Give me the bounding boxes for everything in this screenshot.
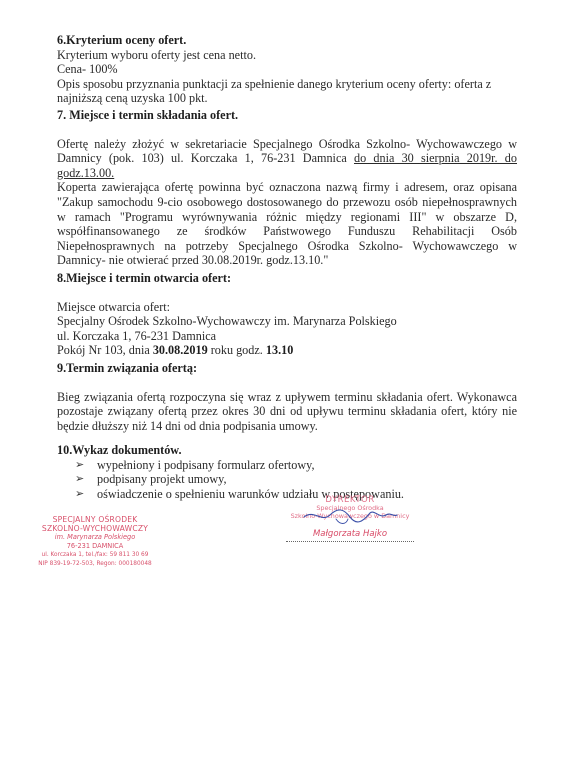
director-subtitle: Szkolno-Wychowawczego w Damnicy	[285, 513, 415, 521]
stamp-line: 76-231 DAMNICA	[30, 542, 160, 551]
stamp-line: SPECJALNY OŚRODEK	[30, 515, 160, 524]
stamp-line: SZKOLNO-WYCHOWAWCZY	[30, 524, 160, 533]
section-title: 6.Kryterium oceny ofert.	[57, 33, 517, 48]
arrow-bullet-icon: ➢	[75, 458, 84, 473]
opening-address: ul. Korczaka 1, 76-231 Damnica	[57, 329, 517, 344]
binding-period-text: Bieg związania ofertą rozpoczyna się wra…	[57, 390, 517, 434]
arrow-bullet-icon: ➢	[75, 487, 84, 502]
arrow-bullet-icon: ➢	[75, 472, 84, 487]
director-stamp: DYREKTOR Specjalnego Ośrodka Szkolno-Wyc…	[285, 496, 415, 542]
opening-time: 13.10	[266, 343, 293, 357]
section-binding-period: 9.Termin związania ofertą: Bieg związani…	[57, 361, 517, 433]
document-item: podpisany projekt umowy,	[97, 472, 227, 486]
room-text: Pokój Nr 103, dnia	[57, 343, 153, 357]
section-submission: 7. Miejsce i termin składania ofert. Ofe…	[57, 108, 517, 268]
time-text: roku godz.	[208, 343, 266, 357]
envelope-instructions: Koperta zawierająca ofertę powinna być o…	[57, 180, 517, 268]
school-stamp: SPECJALNY OŚRODEK SZKOLNO-WYCHOWAWCZY im…	[30, 515, 160, 569]
section-opening: 8.Miejsce i termin otwarcia ofert: Miejs…	[57, 271, 517, 358]
opening-date: 30.08.2019	[153, 343, 208, 357]
submission-place: Ofertę należy złożyć w sekretariacie Spe…	[57, 137, 517, 181]
stamp-line: NIP 839-19-72-503, Regon: 000180048	[30, 560, 160, 569]
stamp-line: im. Marynarza Polskiego	[30, 533, 160, 542]
price-weight: Cena- 100%	[57, 62, 517, 77]
section-title: 8.Miejsce i termin otwarcia ofert:	[57, 271, 517, 286]
list-item: ➢wypełniony i podpisany formularz oferto…	[75, 458, 517, 473]
scoring-description: Opis sposobu przyznania punktacji za spe…	[57, 77, 517, 106]
signature-line	[286, 541, 414, 542]
section-title: 7. Miejsce i termin składania ofert.	[57, 108, 517, 123]
criteria-line: Kryterium wyboru oferty jest cena netto.	[57, 48, 517, 63]
opening-institution: Specjalny Ośrodek Szkolno-Wychowawczy im…	[57, 314, 517, 329]
documents-list: ➢wypełniony i podpisany formularz oferto…	[57, 458, 517, 502]
section-documents: 10.Wykaz dokumentów. ➢wypełniony i podpi…	[57, 443, 517, 501]
opening-place-label: Miejsce otwarcia ofert:	[57, 300, 517, 315]
stamp-line: ul. Korczaka 1, tel./fax: 59 811 30 69	[30, 551, 160, 560]
director-name: Małgorzata Hajko	[285, 529, 415, 539]
section-title: 9.Termin związania ofertą:	[57, 361, 517, 376]
document-item: wypełniony i podpisany formularz ofertow…	[97, 458, 315, 472]
section-criteria: 6.Kryterium oceny ofert. Kryterium wybor…	[57, 33, 517, 106]
section-title: 10.Wykaz dokumentów.	[57, 443, 517, 458]
list-item: ➢podpisany projekt umowy,	[75, 472, 517, 487]
opening-room-date: Pokój Nr 103, dnia 30.08.2019 roku godz.…	[57, 343, 517, 358]
